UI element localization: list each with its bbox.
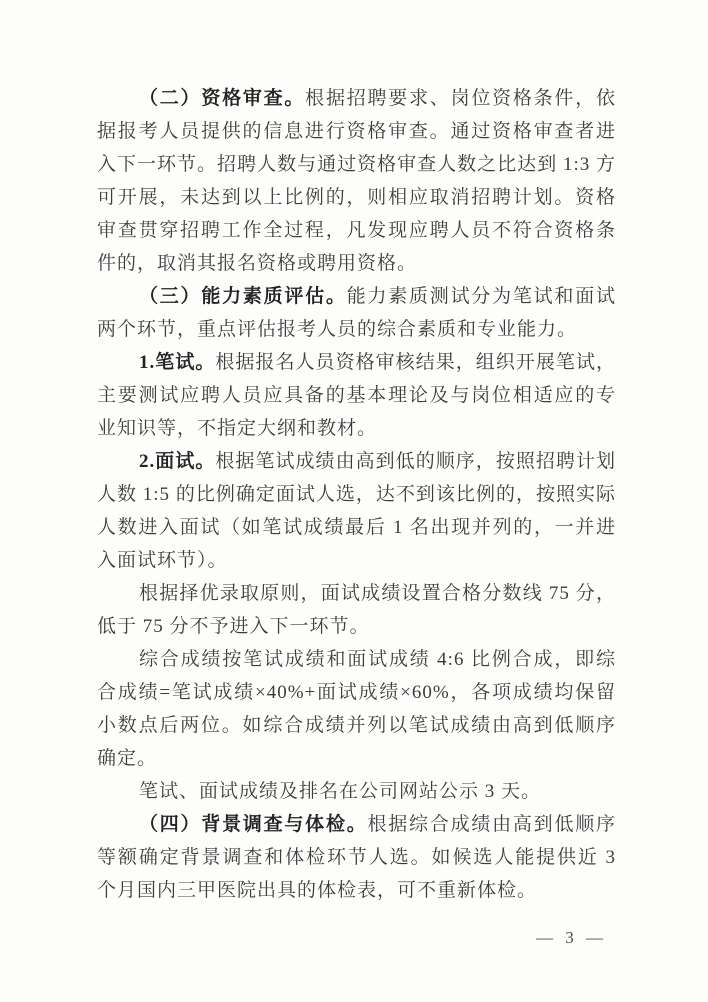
paragraph-lead: 2.面试。	[139, 451, 215, 472]
paragraph-interview: 2.面试。根据笔试成绩由高到低的顺序，按照招聘计划人数 1:5 的比例确定面试人…	[97, 445, 616, 577]
paragraph-lead: （三）能力素质评估。	[139, 286, 347, 307]
paragraph-text: 综合成绩按笔试成绩和面试成绩 4:6 比例合成，即综合成绩=笔试成绩×40%+面…	[97, 649, 616, 769]
paragraph-text: 笔试、面试成绩及排名在公司网站公示 3 天。	[139, 781, 541, 802]
paragraph-background-check: （四）背景调查与体检。根据综合成绩由高到低顺序等额确定背景调查和体检环节人选。如…	[97, 808, 616, 907]
paragraph-lead: （二）资格审查。	[139, 88, 305, 109]
document-body: （二）资格审查。根据招聘要求、岗位资格条件，依据报考人员提供的信息进行资格审查。…	[97, 82, 616, 907]
paragraph-interview-passline: 根据择优录取原则，面试成绩设置合格分数线 75 分，低于 75 分不予进入下一环…	[97, 577, 616, 643]
document-page: （二）资格审查。根据招聘要求、岗位资格条件，依据报考人员提供的信息进行资格审查。…	[0, 0, 708, 1002]
paragraph-text: 根据招聘要求、岗位资格条件，依据报考人员提供的信息进行资格审查。通过资格审查者进…	[97, 88, 616, 274]
paragraph-score-publicity: 笔试、面试成绩及排名在公司网站公示 3 天。	[97, 775, 616, 808]
paragraph-lead: （四）背景调查与体检。	[139, 814, 368, 835]
paragraph-written-test: 1.笔试。根据报名人员资格审核结果，组织开展笔试，主要测试应聘人员应具备的基本理…	[97, 346, 616, 445]
paragraph-ability-assessment: （三）能力素质评估。能力素质测试分为笔试和面试两个环节，重点评估报考人员的综合素…	[97, 280, 616, 346]
paragraph-composite-score: 综合成绩按笔试成绩和面试成绩 4:6 比例合成，即综合成绩=笔试成绩×40%+面…	[97, 643, 616, 775]
paragraph-text: 根据择优录取原则，面试成绩设置合格分数线 75 分，低于 75 分不予进入下一环…	[97, 583, 616, 637]
paragraph-qualification-review: （二）资格审查。根据招聘要求、岗位资格条件，依据报考人员提供的信息进行资格审查。…	[97, 82, 616, 280]
page-number: — 3 —	[536, 928, 607, 948]
paragraph-lead: 1.笔试。	[139, 352, 215, 373]
